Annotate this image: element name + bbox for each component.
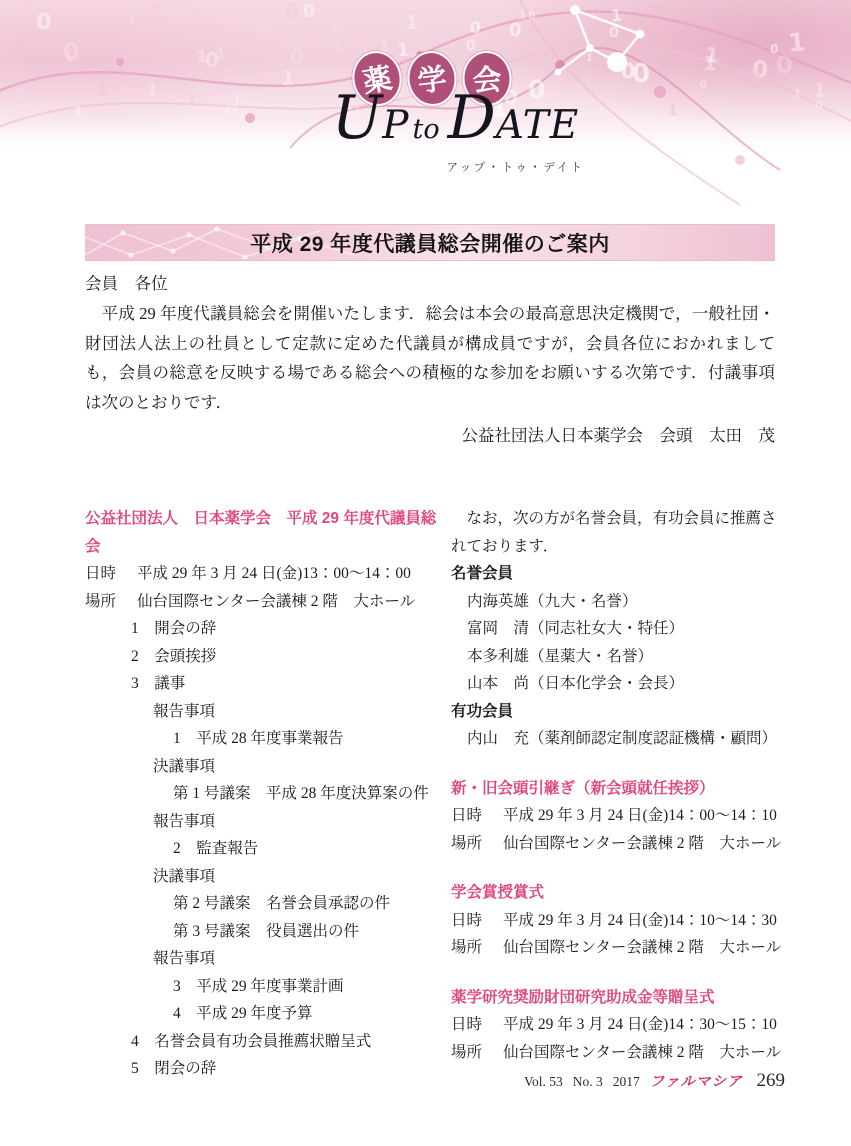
info-value: 仙台国際センター会議棟 2 階 大ホール (137, 588, 415, 616)
agenda-item: 決議事項 (153, 863, 441, 891)
footer-volume: Vol. 53 (524, 1074, 563, 1090)
datetime-value: 平成 29 年 3 月 24 日(金)14：10～14：30 (503, 907, 777, 935)
notice-body: 平成 29 年度代議員総会を開催いたします．総会は本会の最高意思決定機関で，一般… (85, 299, 775, 417)
datetime-label: 日時 (451, 907, 482, 935)
event-datetime-row: 日時 平成 29 年 3 月 24 日(金)14：30～15：10 (451, 1011, 786, 1039)
agenda-item-text: 1 開会の辞 (131, 620, 216, 637)
member-row-text: 内海英雄（九大・名誉） (467, 593, 638, 610)
info-value: 平成 29 年 3 月 24 日(金)13：00～14：00 (137, 560, 411, 588)
event-block: 薬学研究奨励財団研究助成金等贈呈式 日時 平成 29 年 3 月 24 日(金)… (451, 984, 786, 1067)
event-block: 学会賞授賞式 日時 平成 29 年 3 月 24 日(金)14：10～14：30… (451, 879, 786, 962)
page-footer: Vol. 53 No. 3 2017 ファルマシア 269 (514, 1070, 785, 1092)
datetime-value: 平成 29 年 3 月 24 日(金)14：00～14：10 (503, 802, 777, 830)
logo-letter-u: U (332, 88, 383, 148)
datetime-label: 日時 (451, 802, 482, 830)
event-block: 新・旧会頭引継ぎ（新会頭就任挨拶） 日時 平成 29 年 3 月 24 日(金)… (451, 775, 786, 858)
footer-number: No. 3 (573, 1074, 603, 1090)
footer-year: 2017 (613, 1074, 640, 1090)
member-row: 山本 尚（日本化学会・会長） (451, 670, 786, 698)
agenda-item: 決議事項 (153, 753, 441, 781)
info-label: 場所 (85, 588, 116, 616)
right-column: なお，次の方が名誉会員，有功会員に推薦されております． 名誉会員 内海英雄（九大… (451, 505, 786, 1083)
agenda-item-text: 3 平成 29 年度事業計画 (173, 978, 344, 995)
notice-title-banner: 平成 29 年度代議員総会開催のご案内 (85, 224, 775, 261)
events-list: 新・旧会頭引継ぎ（新会頭就任挨拶） 日時 平成 29 年 3 月 24 日(金)… (451, 775, 786, 1067)
agenda-item-text: 決議事項 (153, 758, 215, 775)
agenda-item-text: 報告事項 (153, 703, 215, 720)
member-row: 内海英雄（九大・名誉） (451, 588, 786, 616)
agenda-item-text: 3 議事 (131, 675, 185, 692)
event-datetime-row: 日時 平成 29 年 3 月 24 日(金)14：00～14：10 (451, 802, 786, 830)
info-row: 日時 平成 29 年 3 月 24 日(金)13：00～14：00 (85, 560, 441, 588)
place-value: 仙台国際センター会議棟 2 階 大ホール (503, 830, 781, 858)
info-row: 場所 仙台国際センター会議棟 2 階 大ホール (85, 588, 441, 616)
member-row-text: 有功会員 (451, 703, 513, 720)
member-row: 富岡 清（同志社女大・特任） (451, 615, 786, 643)
logo-word-to: to (413, 116, 440, 143)
agenda-list: 1 開会の辞 2 会頭挨拶 3 議事 報告事項 (85, 615, 441, 1083)
agenda-item-text: 2 会頭挨拶 (131, 648, 216, 665)
member-row-text: 名誉会員 (451, 565, 513, 582)
agenda-item: 2 監査報告 (173, 835, 441, 863)
agenda-item: 1 平成 28 年度事業報告 (173, 725, 441, 753)
agenda-item: 報告事項 (153, 808, 441, 836)
agenda-item-text: 4 名誉会員有功会員推薦状贈呈式 (131, 1033, 371, 1050)
members-list: 名誉会員 内海英雄（九大・名誉） 富岡 清（同志社女大・特任） 本多利雄（星薬大… (451, 560, 786, 753)
agenda-item-text: 第 2 号議案 名誉会員承認の件 (173, 895, 390, 912)
member-row: 名誉会員 (451, 560, 786, 588)
magazine-page: 0101010101010101010101010101010101010101… (0, 0, 851, 1146)
members-intro: なお，次の方が名誉会員，有功会員に推薦されております． (451, 505, 786, 560)
event-place-row: 場所 仙台国際センター会議棟 2 階 大ホール (451, 830, 786, 858)
notice-title: 平成 29 年度代議員総会開催のご案内 (250, 228, 610, 258)
agenda-item: 1 開会の辞 (131, 615, 441, 643)
logo-letters-ate: ATE (496, 106, 580, 145)
agenda-item: 3 議事 (131, 670, 441, 698)
event-heading: 新・旧会頭引継ぎ（新会頭就任挨拶） (451, 775, 786, 803)
event-heading: 学会賞授賞式 (451, 879, 786, 907)
place-value: 仙台国際センター会議棟 2 階 大ホール (503, 934, 781, 962)
agenda-item: 4 平成 29 年度予算 (173, 1000, 441, 1028)
agenda-item: 第 3 号議案 役員選出の件 (173, 918, 441, 946)
place-label: 場所 (451, 934, 482, 962)
agenda-item-text: 第 1 号議案 平成 28 年度決算案の件 (173, 785, 429, 802)
logo-letter-p: P (382, 106, 408, 145)
event-place-row: 場所 仙台国際センター会議棟 2 階 大ホール (451, 934, 786, 962)
agenda-item-text: 4 平成 29 年度予算 (173, 1005, 313, 1022)
event-datetime-row: 日時 平成 29 年 3 月 24 日(金)14：10～14：30 (451, 907, 786, 935)
agenda-item-text: 第 3 号議案 役員選出の件 (173, 923, 359, 940)
page-number: 269 (757, 1070, 786, 1092)
place-value: 仙台国際センター会議棟 2 階 大ホール (503, 1039, 781, 1067)
agenda-item-text: 1 平成 28 年度事業報告 (173, 730, 344, 747)
page-header: 0101010101010101010101010101010101010101… (0, 0, 851, 192)
event-place-row: 場所 仙台国際センター会議棟 2 階 大ホール (451, 1039, 786, 1067)
two-column-section: 公益社団法人 日本薬学会 平成 29 年度代議員総会 日時 平成 29 年 3 … (85, 505, 775, 1083)
agenda-item: 5 閉会の辞 (131, 1055, 441, 1083)
agenda-item-text: 決議事項 (153, 868, 215, 885)
place-label: 場所 (451, 830, 482, 858)
assembly-heading: 公益社団法人 日本薬学会 平成 29 年度代議員総会 (85, 505, 441, 560)
member-row-text: 内山 充（薬剤師認定制度認証機構・顧問） (467, 730, 777, 747)
logo-subtitle: アップ・トゥ・デイト (446, 159, 584, 175)
assembly-info: 日時 平成 29 年 3 月 24 日(金)13：00～14：00 場所 仙台国… (85, 560, 441, 615)
agenda-item-text: 5 閉会の辞 (131, 1060, 216, 1077)
journal-name: ファルマシア (650, 1070, 743, 1091)
page-content: 平成 29 年度代議員総会開催のご案内 会員 各位 平成 29 年度代議員総会を… (0, 224, 851, 1083)
salutation: 会員 各位 (85, 270, 775, 297)
president-signature: 公益社団法人日本薬学会 会頭 太田 茂 (85, 422, 775, 449)
member-row: 本多利雄（星薬大・名誉） (451, 643, 786, 671)
event-heading: 薬学研究奨励財団研究助成金等贈呈式 (451, 984, 786, 1012)
member-row: 有功会員 (451, 698, 786, 726)
agenda-item: 3 平成 29 年度事業計画 (173, 973, 441, 1001)
agenda-item: 報告事項 (153, 945, 441, 973)
datetime-value: 平成 29 年 3 月 24 日(金)14：30～15：10 (503, 1011, 777, 1039)
up-to-date-logo: U P to D ATE (332, 88, 580, 148)
member-row-text: 富岡 清（同志社女大・特任） (467, 620, 684, 637)
agenda-item-text: 報告事項 (153, 950, 215, 967)
member-row: 内山 充（薬剤師認定制度認証機構・顧問） (451, 725, 786, 753)
place-label: 場所 (451, 1039, 482, 1067)
member-row-text: 山本 尚（日本化学会・会長） (467, 675, 684, 692)
agenda-item: 2 会頭挨拶 (131, 643, 441, 671)
left-column: 公益社団法人 日本薬学会 平成 29 年度代議員総会 日時 平成 29 年 3 … (85, 505, 441, 1083)
agenda-item: 報告事項 (153, 698, 441, 726)
info-label: 日時 (85, 560, 116, 588)
agenda-item-text: 2 監査報告 (173, 840, 258, 857)
agenda-item: 第 1 号議案 平成 28 年度決算案の件 (173, 780, 441, 808)
agenda-item: 第 2 号議案 名誉会員承認の件 (173, 890, 441, 918)
logo-letter-d: D (448, 88, 496, 148)
datetime-label: 日時 (451, 1011, 482, 1039)
member-row-text: 本多利雄（星薬大・名誉） (467, 648, 653, 665)
agenda-item-text: 報告事項 (153, 813, 215, 830)
agenda-item: 4 名誉会員有功会員推薦状贈呈式 (131, 1028, 441, 1056)
